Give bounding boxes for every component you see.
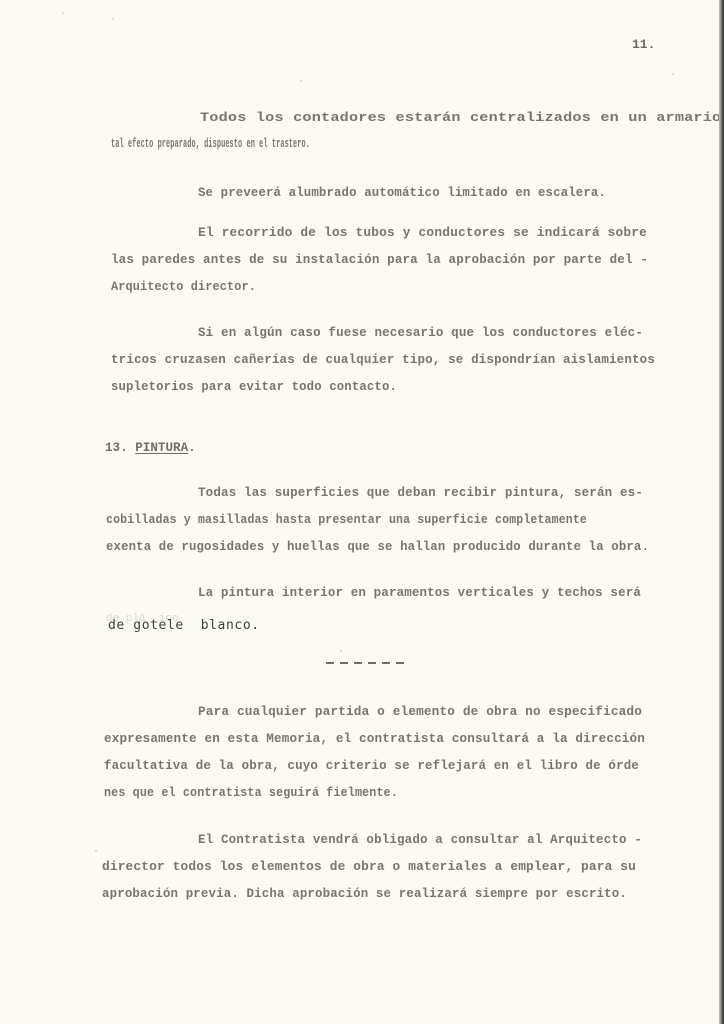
paragraph-line: Arquitecto director. [111, 281, 256, 294]
dash [354, 662, 362, 664]
scan-edge [719, 0, 724, 1024]
section-title: PINTURA [135, 441, 188, 455]
dash-separator [326, 662, 404, 664]
dash [326, 662, 334, 664]
section-heading: 13. PINTURA. [105, 441, 196, 455]
paragraph-line: facultativa de la obra, cuyo criterio se… [104, 760, 639, 773]
page-number: 11. [632, 37, 655, 52]
dash [368, 662, 376, 664]
paper-speck [62, 12, 64, 14]
paragraph-line: El Contratista vendrá obligado a consult… [198, 834, 642, 847]
section-title-period: . [188, 441, 196, 455]
paragraph-line: La pintura interior en paramentos vertic… [198, 587, 641, 600]
paragraph-line: expresamente en esta Memoria, el contrat… [104, 733, 645, 746]
section-number: 13. [105, 441, 128, 455]
paragraph-line: tricos cruzasen cañerías de cualquier ti… [111, 354, 655, 367]
paragraph-line: exenta de rugosidades y huellas que se h… [106, 541, 649, 554]
paragraph-line: Si en algún caso fuese necesario que los… [198, 327, 643, 340]
paragraph-line: las paredes antes de su instalación para… [111, 254, 648, 267]
dash [340, 662, 348, 664]
paragraph-line: cobilladas y masilladas hasta presentar … [106, 514, 587, 527]
document-page: 11. Todos los contadores estarán central… [0, 0, 719, 1024]
paragraph-line: aprobación previa. Dicha aprobación se r… [102, 888, 627, 901]
dash [382, 662, 390, 664]
paper-speck [340, 650, 342, 652]
dash [396, 662, 404, 664]
paragraph-line: nes que el contratista seguirá fielmente… [104, 787, 398, 800]
overtyped-line: de gotele blanco. [108, 618, 260, 633]
paper-speck [95, 850, 97, 852]
paper-speck [672, 73, 674, 75]
paper-speck [300, 80, 302, 82]
paragraph-line: tal efecto preparado, dispuesto en el tr… [111, 138, 310, 151]
paragraph-line: supletorios para evitar todo contacto. [111, 381, 397, 394]
paragraph-line: Todos los contadores estarán centralizad… [200, 112, 724, 125]
paragraph-line: Para cualquier partida o elemento de obr… [198, 706, 642, 719]
paragraph-line: director todos los elementos de obra o m… [102, 861, 636, 874]
paragraph-line: Se preveerá alumbrado automático limitad… [198, 187, 606, 200]
paragraph-line: El recorrido de los tubos y conductores … [198, 227, 647, 240]
paragraph-line: Todas las superficies que deban recibir … [198, 487, 643, 500]
paper-speck [112, 18, 114, 20]
